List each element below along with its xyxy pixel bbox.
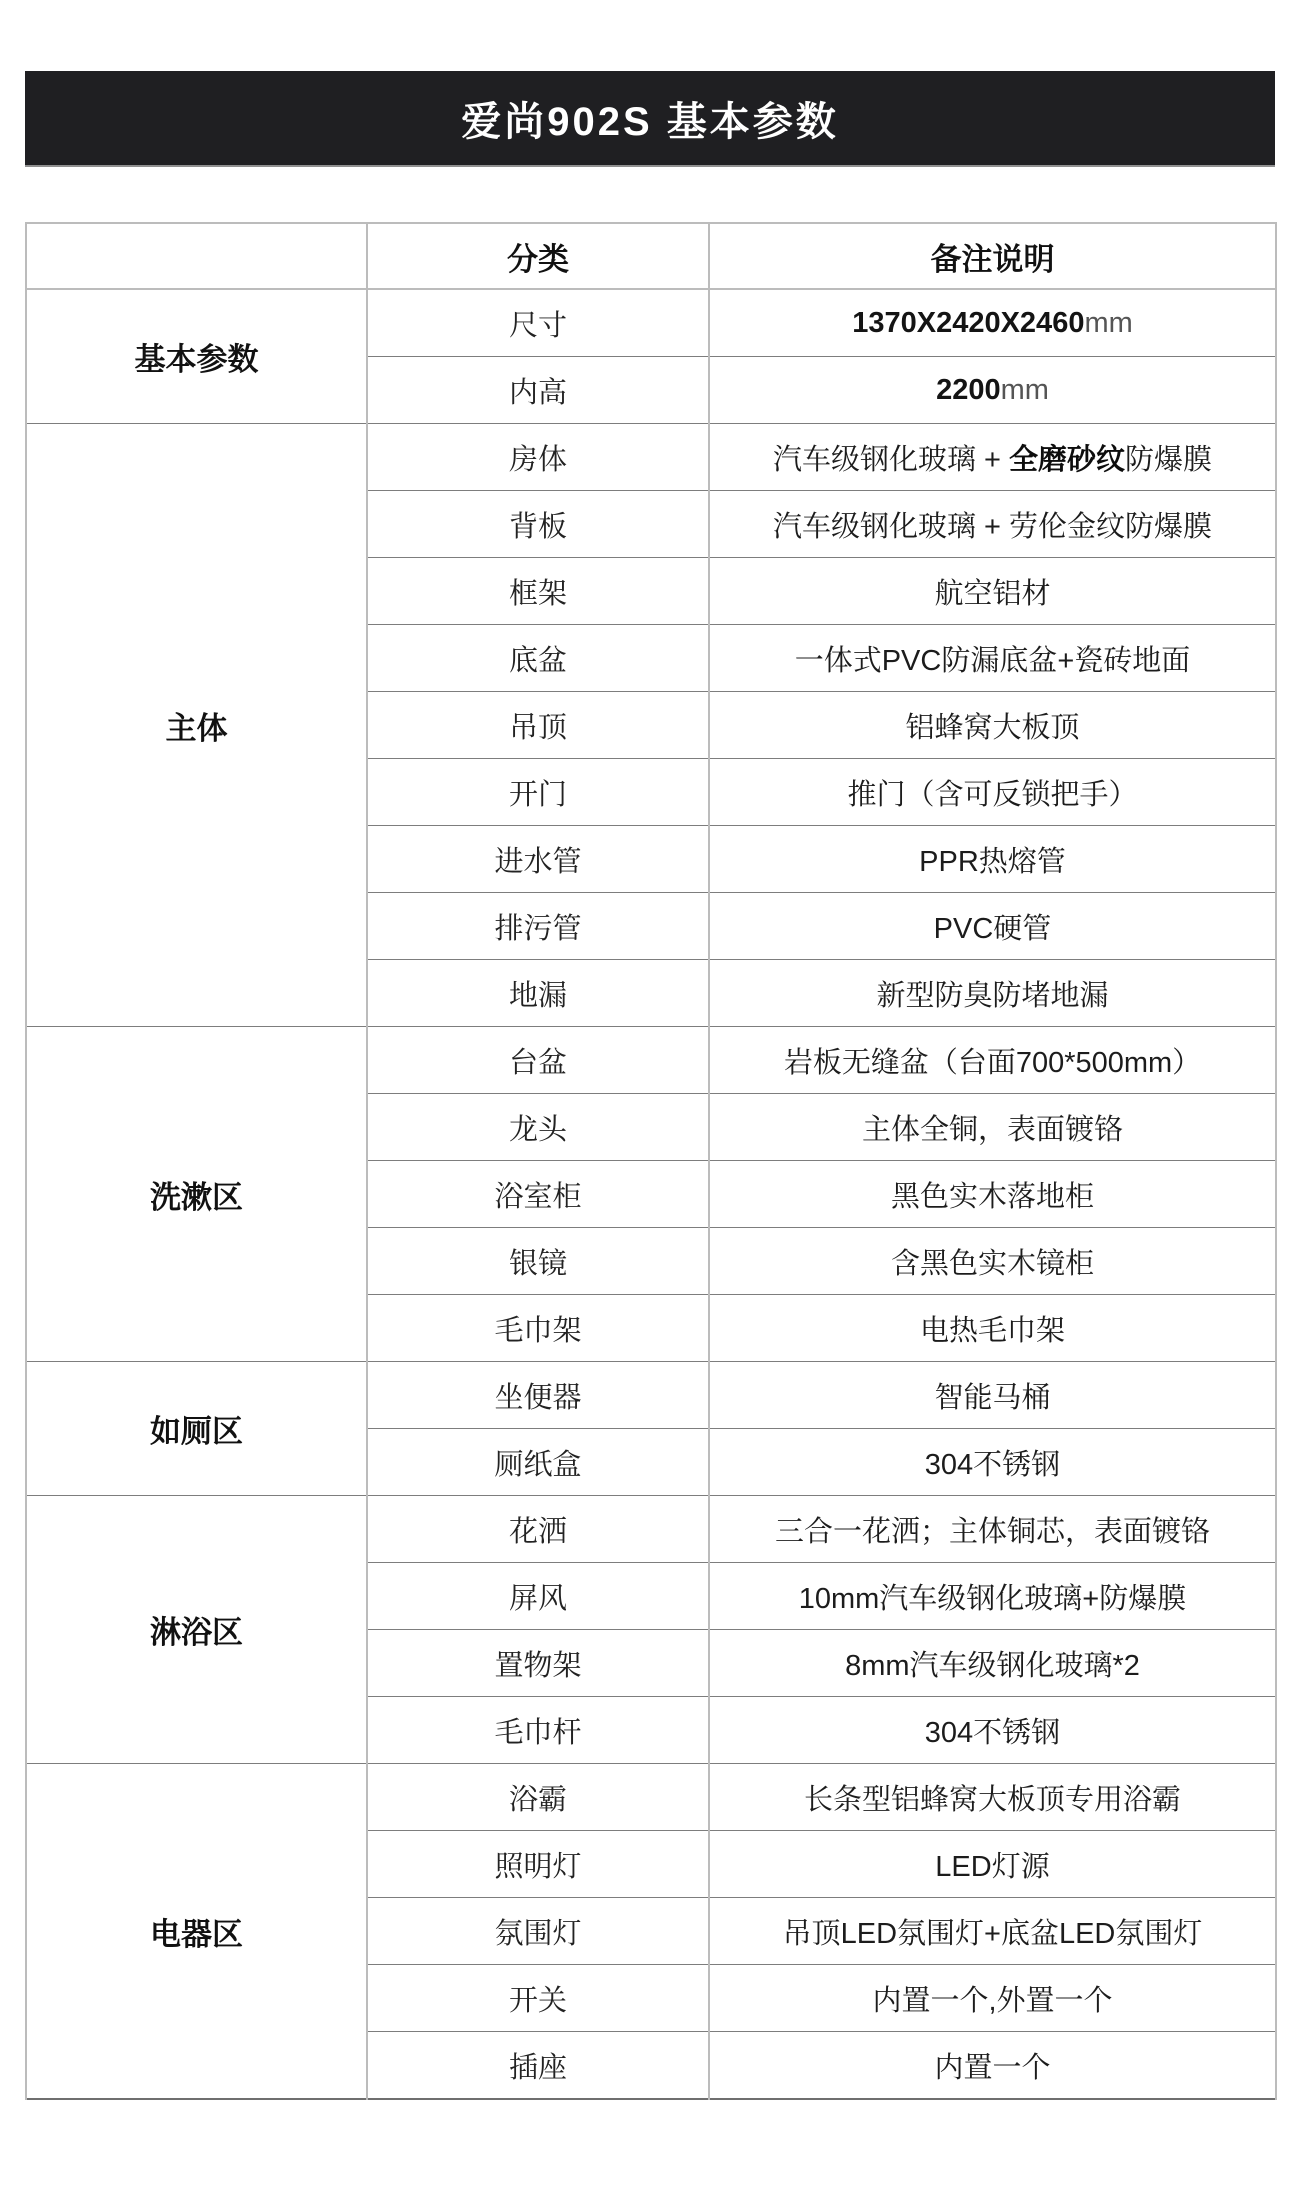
row-label-cell: 开门 [367,759,709,826]
value-text-segment: 新型防臭防堵地漏 [876,980,1108,1012]
row-label-cell: 花洒 [367,1496,709,1563]
spec-sheet-page: 爱尚902S 基本参数 分类 备注说明 基本参数尺寸1370X2420X2460… [0,0,1300,2206]
row-value-cell: PPR热熔管 [709,826,1276,893]
row-value-cell: 岩板无缝盆（台面700*500mm） [709,1027,1276,1094]
row-value-cell: 304不锈钢 [709,1697,1276,1764]
row-label-cell: 框架 [367,558,709,625]
spec-table-container: 分类 备注说明 基本参数尺寸1370X2420X2460mm内高2200mm主体… [25,222,1275,2100]
value-text-segment: 智能马桶 [934,1382,1050,1414]
table-row: 电器区浴霸长条型铝蜂窝大板顶专用浴霸 [26,1764,1276,1831]
row-label-cell: 毛巾杆 [367,1697,709,1764]
row-value-cell: 汽车级钢化玻璃 + 劳伦金纹防爆膜 [709,491,1276,558]
value-text-segment: 304不锈钢 [925,1717,1060,1749]
header-row: 分类 备注说明 [26,223,1276,289]
row-label-cell: 照明灯 [367,1831,709,1898]
row-label-cell: 浴室柜 [367,1161,709,1228]
row-value-cell: 铝蜂窝大板顶 [709,692,1276,759]
section-cell: 如厕区 [26,1362,367,1496]
section-cell: 淋浴区 [26,1496,367,1764]
row-value-cell: PVC硬管 [709,893,1276,960]
section-cell: 基本参数 [26,289,367,424]
value-text-segment: 内置一个 [934,2052,1050,2084]
page-title: 爱尚902S 基本参数 [461,90,839,147]
value-text-segment: 10mm汽车级钢化玻璃+防爆膜 [799,1583,1187,1615]
row-value-cell: 8mm汽车级钢化玻璃*2 [709,1630,1276,1697]
row-value-cell: 2200mm [709,357,1276,424]
row-value-cell: 吊顶LED氛围灯+底盆LED氛围灯 [709,1898,1276,1965]
row-label-cell: 坐便器 [367,1362,709,1429]
value-text-segment: 防爆膜 [1125,444,1212,476]
row-value-cell: 黑色实木落地柜 [709,1161,1276,1228]
row-value-cell: 主体全铜，表面镀铬 [709,1094,1276,1161]
value-text-segment: 内置一个,外置一个 [872,1985,1112,2017]
row-label-cell: 龙头 [367,1094,709,1161]
value-text-segment: LED灯源 [935,1851,1049,1883]
row-label-cell: 房体 [367,424,709,491]
value-text-segment: 铝蜂窝大板顶 [905,712,1079,744]
row-label-cell: 排污管 [367,893,709,960]
value-text-segment: 含黑色实木镜柜 [891,1248,1094,1280]
row-label-cell: 吊顶 [367,692,709,759]
row-value-cell: 三合一花洒；主体铜芯，表面镀铬 [709,1496,1276,1563]
value-text-segment: 三合一花洒；主体铜芯，表面镀铬 [775,1516,1210,1548]
value-text-segment: 8mm汽车级钢化玻璃*2 [845,1650,1140,1682]
row-value-cell: 1370X2420X2460mm [709,289,1276,357]
row-value-cell: 智能马桶 [709,1362,1276,1429]
table-row: 如厕区坐便器智能马桶 [26,1362,1276,1429]
value-text-segment: 汽车级钢化玻璃 + [773,444,1009,476]
header-corner-cell [26,223,367,289]
row-value-cell: 内置一个,外置一个 [709,1965,1276,2032]
spec-table-body: 基本参数尺寸1370X2420X2460mm内高2200mm主体房体汽车级钢化玻… [26,289,1276,2099]
header-note-cell: 备注说明 [709,223,1276,289]
row-label-cell: 底盆 [367,625,709,692]
row-label-cell: 开关 [367,1965,709,2032]
value-text-segment: 304不锈钢 [925,1449,1060,1481]
row-label-cell: 银镜 [367,1228,709,1295]
value-text-segment: 岩板无缝盆（台面700*500mm） [784,1047,1201,1079]
row-value-cell: 汽车级钢化玻璃 + 全磨砂纹防爆膜 [709,424,1276,491]
value-text-segment: 全磨砂纹 [1009,444,1125,476]
value-text-segment: 航空铝材 [934,578,1050,610]
row-label-cell: 浴霸 [367,1764,709,1831]
row-label-cell: 插座 [367,2032,709,2100]
value-text-segment: mm [1001,374,1049,406]
header-class-cell: 分类 [367,223,709,289]
row-label-cell: 毛巾架 [367,1295,709,1362]
row-value-cell: 含黑色实木镜柜 [709,1228,1276,1295]
row-label-cell: 台盆 [367,1027,709,1094]
section-cell: 电器区 [26,1764,367,2100]
row-label-cell: 氛围灯 [367,1898,709,1965]
row-label-cell: 尺寸 [367,289,709,357]
row-value-cell: 航空铝材 [709,558,1276,625]
row-value-cell: 新型防臭防堵地漏 [709,960,1276,1027]
value-text-segment: 汽车级钢化玻璃 + 劳伦金纹防爆膜 [773,511,1212,543]
row-label-cell: 内高 [367,357,709,424]
value-text-segment: 吊顶LED氛围灯+底盆LED氛围灯 [783,1918,1203,1950]
section-cell: 主体 [26,424,367,1027]
value-text-segment: PPR热熔管 [919,846,1066,878]
value-text-segment: 黑色实木落地柜 [891,1181,1094,1213]
row-value-cell: LED灯源 [709,1831,1276,1898]
row-value-cell: 10mm汽车级钢化玻璃+防爆膜 [709,1563,1276,1630]
value-text-segment: 一体式PVC防漏底盆+瓷砖地面 [795,645,1191,677]
row-label-cell: 厕纸盒 [367,1429,709,1496]
value-text-segment: 长条型铝蜂窝大板顶专用浴霸 [804,1784,1181,1816]
table-row: 基本参数尺寸1370X2420X2460mm [26,289,1276,357]
value-text-segment: 1370X2420X2460 [852,307,1084,339]
spec-table: 分类 备注说明 基本参数尺寸1370X2420X2460mm内高2200mm主体… [25,222,1277,2100]
row-label-cell: 背板 [367,491,709,558]
table-row: 淋浴区花洒三合一花洒；主体铜芯，表面镀铬 [26,1496,1276,1563]
row-value-cell: 内置一个 [709,2032,1276,2100]
row-label-cell: 地漏 [367,960,709,1027]
value-text-segment: PVC硬管 [934,913,1052,945]
value-text-segment: 电热毛巾架 [920,1315,1065,1347]
row-value-cell: 一体式PVC防漏底盆+瓷砖地面 [709,625,1276,692]
row-value-cell: 推门（含可反锁把手） [709,759,1276,826]
row-value-cell: 长条型铝蜂窝大板顶专用浴霸 [709,1764,1276,1831]
row-label-cell: 屏风 [367,1563,709,1630]
value-text-segment: 主体全铜，表面镀铬 [862,1114,1123,1146]
row-value-cell: 304不锈钢 [709,1429,1276,1496]
section-cell: 洗漱区 [26,1027,367,1362]
value-text-segment: mm [1084,307,1132,339]
row-label-cell: 进水管 [367,826,709,893]
value-text-segment: 2200 [936,374,1001,406]
table-row: 洗漱区台盆岩板无缝盆（台面700*500mm） [26,1027,1276,1094]
table-row: 主体房体汽车级钢化玻璃 + 全磨砂纹防爆膜 [26,424,1276,491]
value-text-segment: 推门（含可反锁把手） [847,779,1137,811]
title-bar: 爱尚902S 基本参数 [25,71,1275,167]
row-label-cell: 置物架 [367,1630,709,1697]
row-value-cell: 电热毛巾架 [709,1295,1276,1362]
